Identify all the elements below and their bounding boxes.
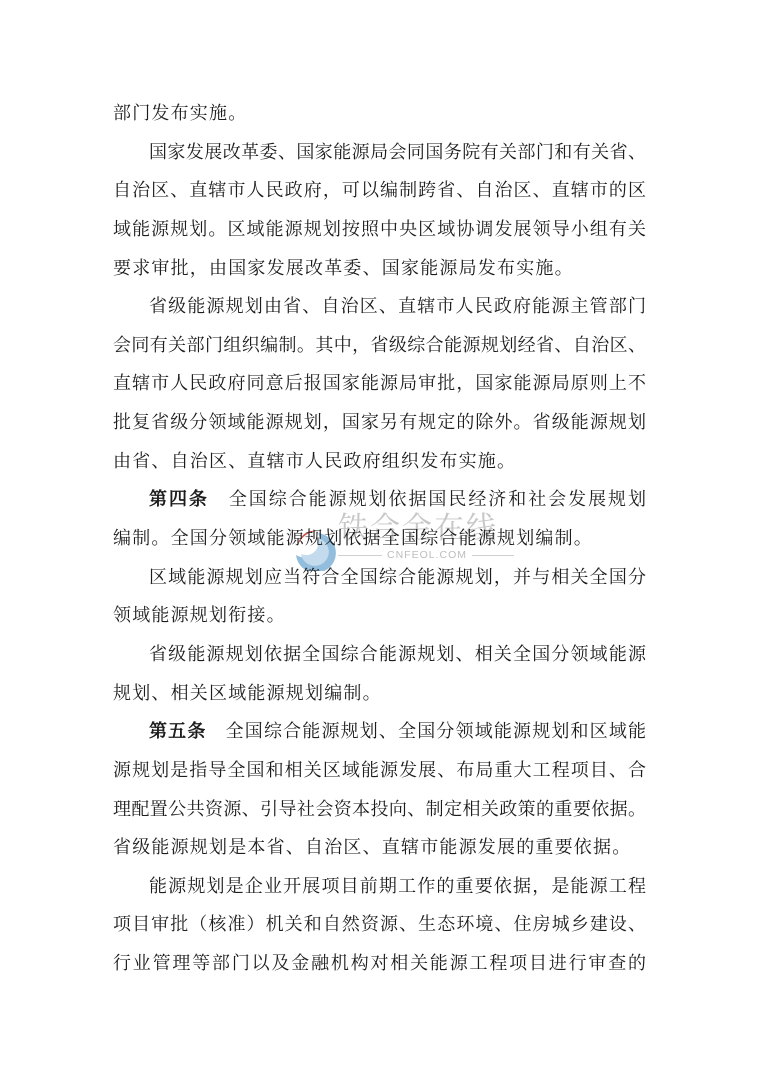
text-line: 会同有关部门组织编制。其中，省级综合能源规划经省、自治区、: [113, 326, 646, 365]
line-text: 省级能源规划由省、自治区、直辖市人民政府能源主管部门: [149, 296, 646, 316]
line-text: 会同有关部门组织编制。其中，省级综合能源规划经省、自治区、: [113, 335, 646, 355]
line-text: 批复省级分领域能源规划，国家另有规定的除外。省级能源规划: [113, 412, 646, 432]
line-text: 理配置公共资源、引导社会资本投向、制定相关政策的重要依据。: [113, 799, 646, 819]
text-line: 源规划是指导全国和相关区域能源发展、布局重大工程项目、合: [113, 751, 646, 790]
article-number: 第四条: [149, 489, 209, 509]
line-text: 全国综合能源规划依据国民经济和社会发展规划: [209, 489, 646, 509]
text-line: 行业管理等部门以及金融机构对相关能源工程项目进行审查的: [113, 944, 646, 983]
document-page: 铁合金在线 CNFEOL.COM 部门发布实施。国家发展改革委、国家能源局会同国…: [0, 0, 760, 1074]
text-line: 省级能源规划由省、自治区、直辖市人民政府能源主管部门: [113, 287, 646, 326]
line-text: 项目审批（核准）机关和自然资源、生态环境、住房城乡建设、: [113, 914, 646, 934]
text-line: 省级能源规划依据全国综合能源规划、相关全国分领域能源: [113, 635, 646, 674]
text-line: 批复省级分领域能源规划，国家另有规定的除外。省级能源规划: [113, 403, 646, 442]
line-text: 编制。全国分领域能源规划依据全国综合能源规划编制。: [113, 528, 593, 548]
text-line: 第四条 全国综合能源规划依据国民经济和社会发展规划: [113, 480, 646, 519]
text-line: 第五条 全国综合能源规划、全国分领域能源规划和区域能: [113, 712, 646, 751]
article-number: 第五条: [149, 721, 206, 741]
text-line: 自治区、直辖市人民政府，可以编制跨省、自治区、直辖市的区: [113, 171, 646, 210]
text-line: 能源规划是企业开展项目前期工作的重要依据，是能源工程: [113, 867, 646, 906]
text-line: 区域能源规划应当符合全国综合能源规划，并与相关全国分: [113, 558, 646, 597]
line-text: 行业管理等部门以及金融机构对相关能源工程项目进行审查的: [113, 953, 646, 973]
line-text: 领域能源规划衔接。: [113, 605, 286, 625]
line-text: 直辖市人民政府同意后报国家能源局审批，国家能源局原则上不: [113, 373, 646, 393]
text-line: 国家发展改革委、国家能源局会同国务院有关部门和有关省、: [113, 133, 646, 172]
text-line: 由省、自治区、直辖市人民政府组织发布实施。: [113, 442, 646, 481]
text-line: 规划、相关区域能源规划编制。: [113, 674, 646, 713]
line-text: 省级能源规划是本省、自治区、直辖市能源发展的重要依据。: [113, 837, 631, 857]
text-line: 理配置公共资源、引导社会资本投向、制定相关政策的重要依据。: [113, 790, 646, 829]
line-text: 区域能源规划应当符合全国综合能源规划，并与相关全国分: [149, 567, 646, 587]
text-line: 领域能源规划衔接。: [113, 596, 646, 635]
line-text: 域能源规划。区域能源规划按照中央区域协调发展领导小组有关: [113, 219, 646, 239]
line-text: 部门发布实施。: [113, 103, 247, 123]
line-text: 要求审批，由国家发展改革委、国家能源局发布实施。: [113, 258, 574, 278]
line-text: 规划、相关区域能源规划编制。: [113, 683, 382, 703]
line-text: 省级能源规划依据全国综合能源规划、相关全国分领域能源: [149, 644, 646, 664]
line-text: 全国综合能源规划、全国分领域能源规划和区域能: [206, 721, 646, 741]
text-line: 编制。全国分领域能源规划依据全国综合能源规划编制。: [113, 519, 646, 558]
text-line: 项目审批（核准）机关和自然资源、生态环境、住房城乡建设、: [113, 905, 646, 944]
line-text: 源规划是指导全国和相关区域能源发展、布局重大工程项目、合: [113, 760, 646, 780]
text-line: 部门发布实施。: [113, 94, 646, 133]
text-line: 域能源规划。区域能源规划按照中央区域协调发展领导小组有关: [113, 210, 646, 249]
line-text: 自治区、直辖市人民政府，可以编制跨省、自治区、直辖市的区: [113, 180, 646, 200]
line-text: 由省、自治区、直辖市人民政府组织发布实施。: [113, 451, 516, 471]
text-line: 省级能源规划是本省、自治区、直辖市能源发展的重要依据。: [113, 828, 646, 867]
text-line: 直辖市人民政府同意后报国家能源局审批，国家能源局原则上不: [113, 364, 646, 403]
line-text: 国家发展改革委、国家能源局会同国务院有关部门和有关省、: [149, 142, 646, 162]
text-line: 要求审批，由国家发展改革委、国家能源局发布实施。: [113, 249, 646, 288]
document-body: 部门发布实施。国家发展改革委、国家能源局会同国务院有关部门和有关省、自治区、直辖…: [113, 94, 646, 983]
line-text: 能源规划是企业开展项目前期工作的重要依据，是能源工程: [149, 876, 646, 896]
